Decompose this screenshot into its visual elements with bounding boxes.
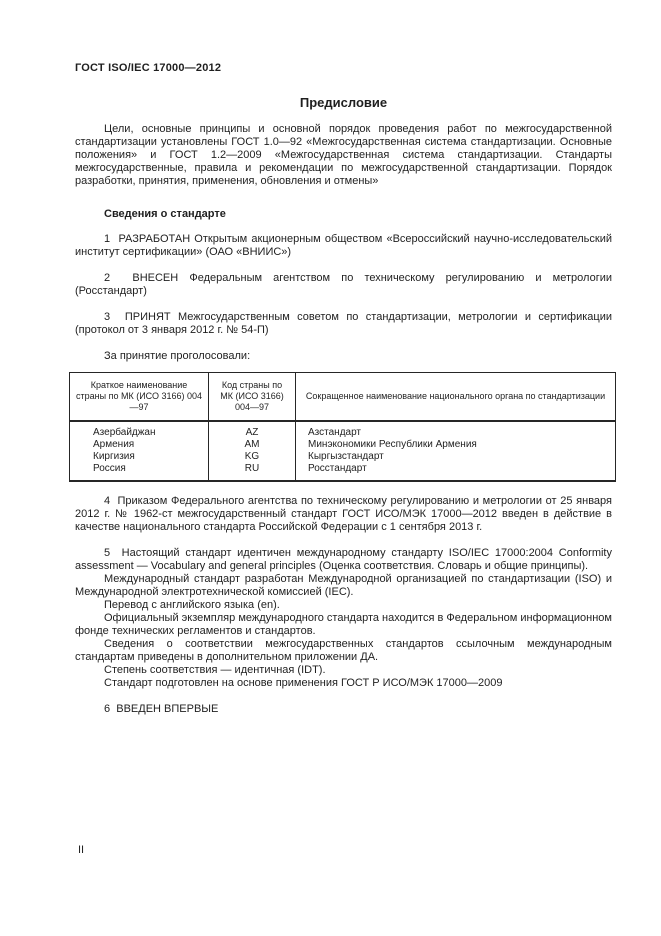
- cell-code: RU: [209, 463, 296, 481]
- foreword-item-3: 3 ПРИНЯТ Межгосударственным советом по с…: [75, 311, 612, 337]
- foreword-item-5-note: Сведения о соответствии межгосударственн…: [75, 638, 612, 664]
- foreword-item-5: 5 Настоящий стандарт идентичен междунаро…: [75, 547, 612, 573]
- cell-code: KG: [209, 451, 296, 463]
- page-content: ГОСТ ISO/IEC 17000—2012 Предисловие Цели…: [75, 62, 612, 716]
- table-row: Армения AM Минэкономики Республики Армен…: [70, 439, 616, 451]
- foreword-item-6: 6 ВВЕДЕН ВПЕРВЫЕ: [75, 703, 612, 716]
- vote-intro-line: За принятие проголосовали:: [75, 350, 612, 363]
- voting-countries-table: Краткое наименование страны по МК (ИСО 3…: [69, 372, 616, 482]
- cell-country: Россия: [70, 463, 209, 481]
- foreword-intro-paragraph: Цели, основные принципы и основной поряд…: [75, 123, 612, 188]
- foreword-item-5-note: Стандарт подготовлен на основе применени…: [75, 677, 612, 690]
- page-number: II: [78, 844, 84, 856]
- foreword-item-5-note: Официальный экземпляр международного ста…: [75, 612, 612, 638]
- foreword-item-4: 4 Приказом Федерального агентства по тех…: [75, 495, 612, 534]
- cell-code: AM: [209, 439, 296, 451]
- foreword-item-1: 1 РАЗРАБОТАН Открытым акционерным общест…: [75, 233, 612, 259]
- document-page: ГОСТ ISO/IEC 17000—2012 Предисловие Цели…: [0, 0, 661, 936]
- table-row: Киргизия KG Кыргызстандарт: [70, 451, 616, 463]
- cell-country: Армения: [70, 439, 209, 451]
- cell-org: Кыргызстандарт: [296, 451, 616, 463]
- page-title: Предисловие: [75, 95, 612, 110]
- table-header-row: Краткое наименование страны по МК (ИСО 3…: [70, 373, 616, 422]
- cell-code: AZ: [209, 421, 296, 439]
- document-designation: ГОСТ ISO/IEC 17000—2012: [75, 62, 612, 74]
- standard-info-heading: Сведения о стандарте: [104, 208, 612, 220]
- cell-org: Росстандарт: [296, 463, 616, 481]
- table-header-code: Код страны по МК (ИСО 3166) 004—97: [209, 373, 296, 422]
- cell-country: Киргизия: [70, 451, 209, 463]
- cell-org: Минэкономики Республики Армения: [296, 439, 616, 451]
- table-row: Россия RU Росстандарт: [70, 463, 616, 481]
- foreword-item-5-note: Степень соответствия — идентичная (IDT).: [75, 664, 612, 677]
- foreword-item-5-note: Перевод с английского языка (en).: [75, 599, 612, 612]
- cell-country: Азербайджан: [70, 421, 209, 439]
- table-header-country: Краткое наименование страны по МК (ИСО 3…: [70, 373, 209, 422]
- foreword-item-5-note: Международный стандарт разработан Междун…: [75, 573, 612, 599]
- cell-org: Азстандарт: [296, 421, 616, 439]
- foreword-item-2: 2 ВНЕСЕН Федеральным агентством по техни…: [75, 272, 612, 298]
- table-row: Азербайджан AZ Азстандарт: [70, 421, 616, 439]
- table-header-org: Сокращенное наименование национального о…: [296, 373, 616, 422]
